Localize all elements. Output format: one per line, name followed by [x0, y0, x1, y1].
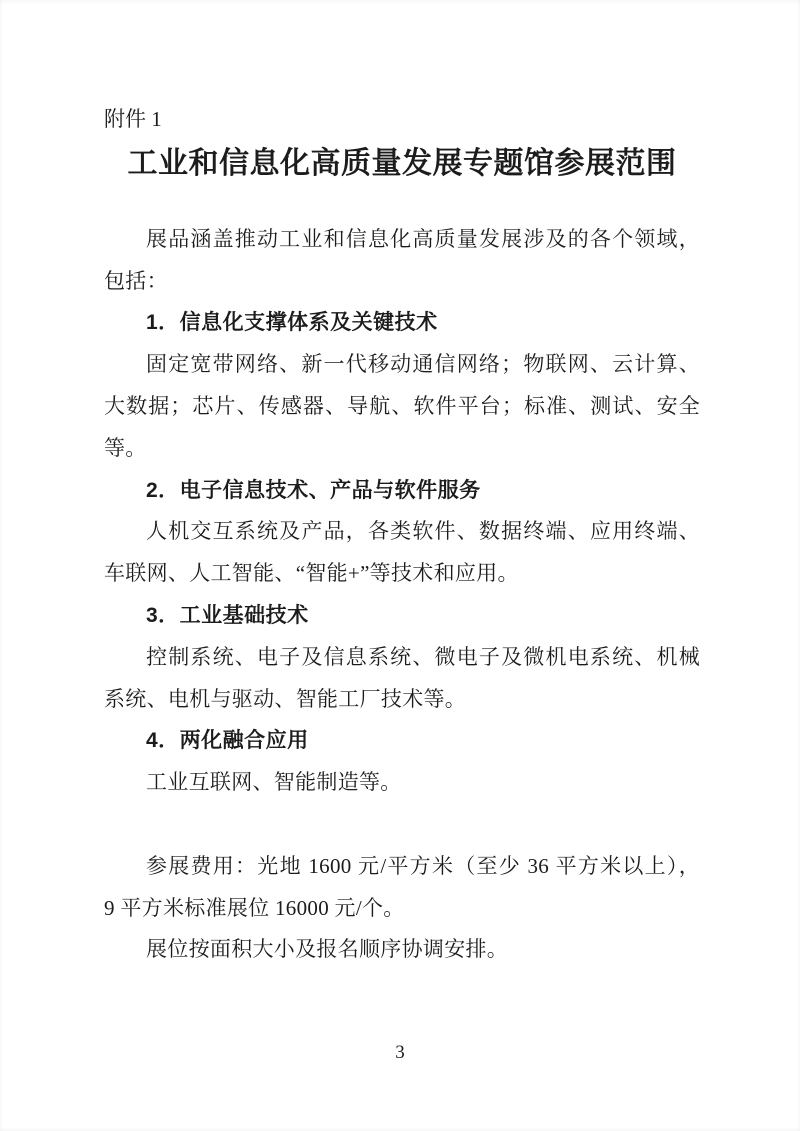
- fee-line-2: 9 平方米标准展位 16000 元/个。: [104, 888, 700, 930]
- section-1-line-1: 固定宽带网络、新一代移动通信网络；物联网、云计算、: [104, 344, 700, 386]
- section-1-line-2: 大数据；芯片、传感器、导航、软件平台；标准、测试、安全: [104, 386, 700, 428]
- section-1-heading: 1．信息化支撑体系及关键技术: [104, 302, 700, 344]
- document-body: 展品涵盖推动工业和信息化高质量发展涉及的各个领域， 包括： 1．信息化支撑体系及…: [104, 219, 700, 971]
- document-page: 附件 1 工业和信息化高质量发展专题馆参展范围 展品涵盖推动工业和信息化高质量发…: [0, 0, 800, 1131]
- page-number: 3: [0, 1042, 800, 1064]
- section-2-line-1: 人机交互系统及产品，各类软件、数据终端、应用终端、: [104, 511, 700, 553]
- section-1-line-3: 等。: [104, 428, 700, 470]
- section-3-line-1: 控制系统、电子及信息系统、微电子及微机电系统、机械: [104, 637, 700, 679]
- section-3-heading: 3．工业基础技术: [104, 595, 700, 637]
- document-content: 附件 1 工业和信息化高质量发展专题馆参展范围 展品涵盖推动工业和信息化高质量发…: [104, 0, 700, 971]
- intro-line-2: 包括：: [104, 261, 700, 303]
- fee-line-1: 参展费用：光地 1600 元/平方米（至少 36 平方米以上），: [104, 846, 700, 888]
- booth-note-line: 展位按面积大小及报名顺序协调安排。: [104, 929, 700, 971]
- section-3-line-2: 系统、电机与驱动、智能工厂技术等。: [104, 679, 700, 721]
- section-4-line-1: 工业互联网、智能制造等。: [104, 762, 700, 804]
- attachment-label: 附件 1: [104, 99, 700, 141]
- section-4-heading: 4．两化融合应用: [104, 720, 700, 762]
- document-title: 工业和信息化高质量发展专题馆参展范围: [104, 141, 700, 187]
- intro-line-1: 展品涵盖推动工业和信息化高质量发展涉及的各个领域，: [104, 219, 700, 261]
- section-2-line-2: 车联网、人工智能、“智能+”等技术和应用。: [104, 553, 700, 595]
- section-2-heading: 2．电子信息技术、产品与软件服务: [104, 470, 700, 512]
